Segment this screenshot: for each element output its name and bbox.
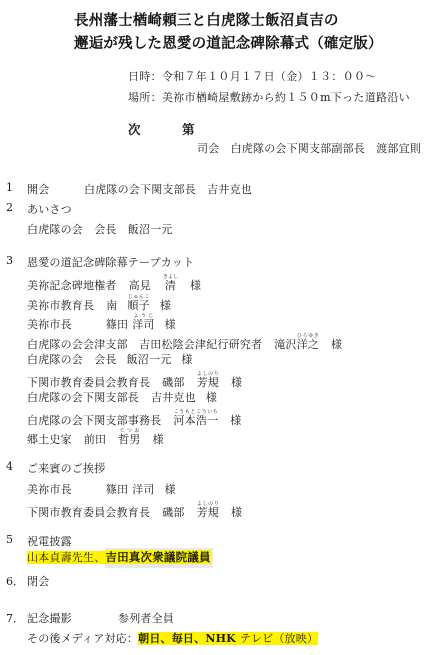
- item-6-label: 閉会: [27, 573, 49, 589]
- honorific: 様: [231, 506, 242, 519]
- event-datetime: 日時：令和７年１０月１７日（金）１３：００～: [128, 68, 377, 84]
- attendee-role: 白虎隊の会会津支部 吉田松陰会津紀行研究者: [27, 338, 262, 351]
- item-7-label: 記念撮影: [27, 610, 72, 626]
- item-3-label: 恩愛の道記念碑除幕テープカット: [27, 254, 194, 270]
- furigana: てつお: [118, 428, 140, 434]
- item-3-attendee-2: 美祢市教育長南順子じゅんこ様: [27, 294, 171, 313]
- item-1-detail: 白虎隊の会下関支部長 吉井克也: [84, 181, 252, 197]
- honorific: 様: [190, 279, 201, 292]
- attendee-role: 美祢記念碑地権者: [27, 279, 117, 292]
- furigana: ひろゆき: [297, 333, 319, 339]
- item-3-attendee-4: 白虎隊の会会津支部 吉田松陰会津紀行研究者滝沢洋之ひろゆき様: [27, 333, 342, 352]
- furigana: ようじ: [132, 313, 154, 319]
- item-2-label: あいさつ: [27, 201, 72, 217]
- honorific: 様: [181, 353, 192, 366]
- attendee-surname: 篠田: [106, 318, 128, 331]
- furigana: きよし: [163, 274, 178, 280]
- furigana: こうもとこういち: [173, 409, 218, 415]
- attendee-surname: 飯沼一元: [127, 353, 172, 366]
- program-heading-char-2: 第: [182, 120, 195, 138]
- honorific: 様: [331, 338, 342, 351]
- item-4-guest-1: 美祢市長篠田洋司様: [27, 481, 176, 497]
- attendee-role: 美祢市教育長: [27, 299, 94, 312]
- honorific: 様: [165, 483, 176, 496]
- attendee-given-name: 哲男てつお: [118, 433, 140, 446]
- item-4-label: ご来賓のご挨拶: [27, 460, 105, 476]
- media-outlets-highlight: 朝日、毎日、NHK テレビ（放映）: [138, 632, 318, 645]
- honorific: 様: [160, 299, 171, 312]
- highlighted-sender-2: 吉田真次衆議院議員: [105, 550, 210, 564]
- attendee-surname: 吉井克也: [151, 391, 196, 404]
- item-2-line-1: 白虎隊の会 会長 飯沼一元: [27, 221, 173, 237]
- attendee-role: 美祢市長: [27, 318, 72, 331]
- guest-given-name: 洋司: [132, 483, 154, 496]
- document-title-line-2: 邂逅が残した恩愛の道記念碑除幕式（確定版）: [74, 32, 383, 53]
- guest-role: 美祢市長: [27, 483, 72, 496]
- attendee-surname: 磯部: [162, 376, 184, 389]
- attendee-full-name: 河本浩一こうもとこういち: [173, 414, 218, 427]
- item-5-label: 祝電披露: [27, 533, 72, 549]
- furigana: よしのり: [197, 501, 219, 507]
- item-5-number: 5: [6, 533, 13, 546]
- attendee-given-name: 芳規よしのり: [197, 376, 219, 389]
- guest-surname: 磯部: [162, 506, 184, 519]
- attendee-role: 郷土史家: [27, 433, 72, 446]
- attendee-given-name: 順子じゅんこ: [127, 299, 149, 312]
- item-3-number: 3: [6, 254, 13, 267]
- item-1-label: 開会: [27, 181, 49, 197]
- honorific: 様: [206, 391, 217, 404]
- attendee-surname: 滝沢: [274, 338, 296, 351]
- program-heading-char-1: 次: [128, 120, 141, 138]
- honorific: 様: [230, 414, 241, 427]
- item-7-number: 7．: [6, 610, 24, 626]
- guest-given-name: 芳規よしのり: [197, 506, 219, 519]
- guest-surname: 篠田: [106, 483, 128, 496]
- attendee-surname: 南: [106, 299, 117, 312]
- furigana: じゅんこ: [127, 294, 149, 300]
- attendee-given-name: 洋司ようじ: [132, 318, 154, 331]
- attendee-role: 白虎隊の会下関支部長: [27, 391, 139, 404]
- item-2-number: 2: [6, 201, 13, 214]
- item-7-media-line: その後メディア対応：朝日、毎日、NHK テレビ（放映）: [27, 630, 318, 646]
- item-4-number: 4: [6, 460, 13, 473]
- honorific: 様: [153, 433, 164, 446]
- item-3-attendee-5: 白虎隊の会 会長飯沼一元様: [27, 351, 193, 367]
- highlighted-sender-2-box: 吉田真次衆議院議員: [105, 548, 212, 568]
- item-4-guest-2: 下関市教育委員会教育長磯部芳規よしのり様: [27, 501, 242, 520]
- item-1-number: 1: [6, 181, 13, 194]
- media-prefix: その後メディア対応：: [27, 632, 138, 645]
- item-7-detail: 参列者全員: [118, 610, 174, 626]
- attendee-given-name: 清きよし: [163, 279, 178, 292]
- attendee-given-name: 洋之ひろゆき: [297, 338, 319, 351]
- attendee-surname: 高見: [129, 279, 151, 292]
- event-location: 場所：美祢市楢崎屋敷跡から約１５０m下った道路沿い: [128, 89, 410, 105]
- document-title-line-1: 長州藩士楢崎頼三と白虎隊士飯沼貞吉の: [74, 9, 339, 30]
- item-5-telegram-senders: 山本貞壽先生、吉田真次衆議院議員: [27, 549, 213, 565]
- item-3-attendee-8: 白虎隊の会下関支部事務長河本浩一こうもとこういち様: [27, 409, 241, 428]
- item-3-attendee-1: 美祢記念碑地権者高見清きよし様: [27, 274, 201, 293]
- item-3-attendee-6: 下関市教育委員会教育長磯部芳規よしのり様: [27, 371, 242, 390]
- attendee-role: 下関市教育委員会教育長: [27, 376, 150, 389]
- guest-role: 下関市教育委員会教育長: [27, 506, 150, 519]
- highlighted-sender-1: 山本貞壽先生、: [27, 551, 105, 564]
- honorific: 様: [165, 318, 176, 331]
- item-3-attendee-9: 郷土史家前田哲男てつお様: [27, 428, 164, 447]
- item-3-attendee-7: 白虎隊の会下関支部長吉井克也様: [27, 389, 217, 405]
- item-3-attendee-3: 美祢市長篠田洋司ようじ様: [27, 313, 176, 332]
- item-6-number: 6．: [6, 573, 24, 589]
- honorific: 様: [231, 376, 242, 389]
- master-of-ceremonies: 司会 白虎隊の会下関支部副部長 渡部宜則: [197, 140, 421, 156]
- attendee-surname: 前田: [84, 433, 106, 446]
- furigana: よしのり: [197, 371, 219, 377]
- attendee-role: 白虎隊の会 会長: [27, 353, 117, 366]
- attendee-role: 白虎隊の会下関支部事務長: [27, 414, 161, 427]
